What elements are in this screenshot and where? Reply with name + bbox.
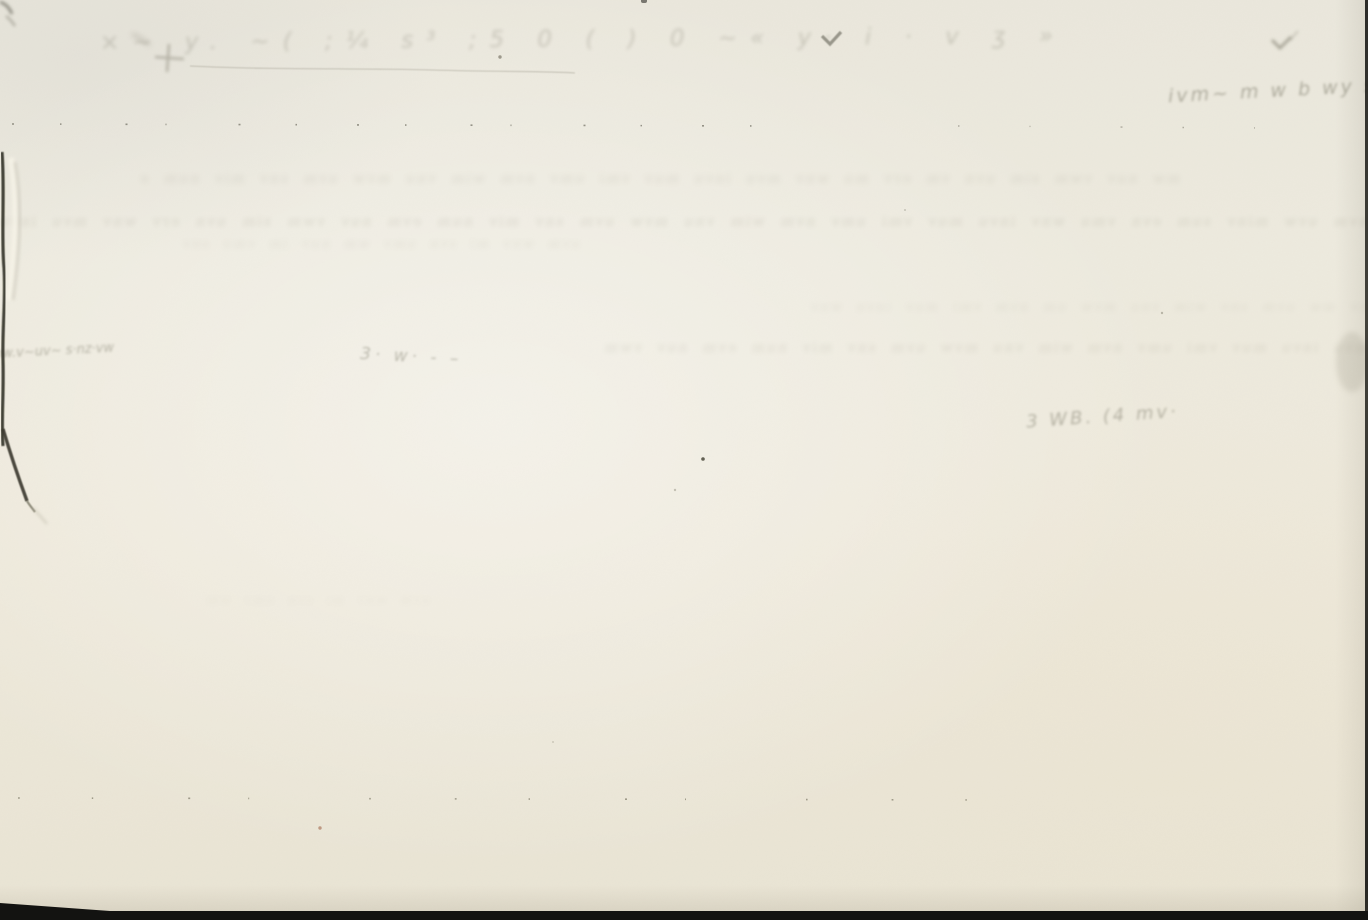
- paper-grain-texture: [0, 0, 1368, 920]
- scan-edge-bottom: [0, 911, 1368, 920]
- scanned-page: mw nuv vwm sim uvn vm erv mu wnv mvu inv…: [0, 0, 1368, 920]
- right-edge-shading: [1335, 0, 1365, 920]
- scan-notch-top: [641, 0, 647, 3]
- bottom-edge-shading: [0, 885, 1368, 911]
